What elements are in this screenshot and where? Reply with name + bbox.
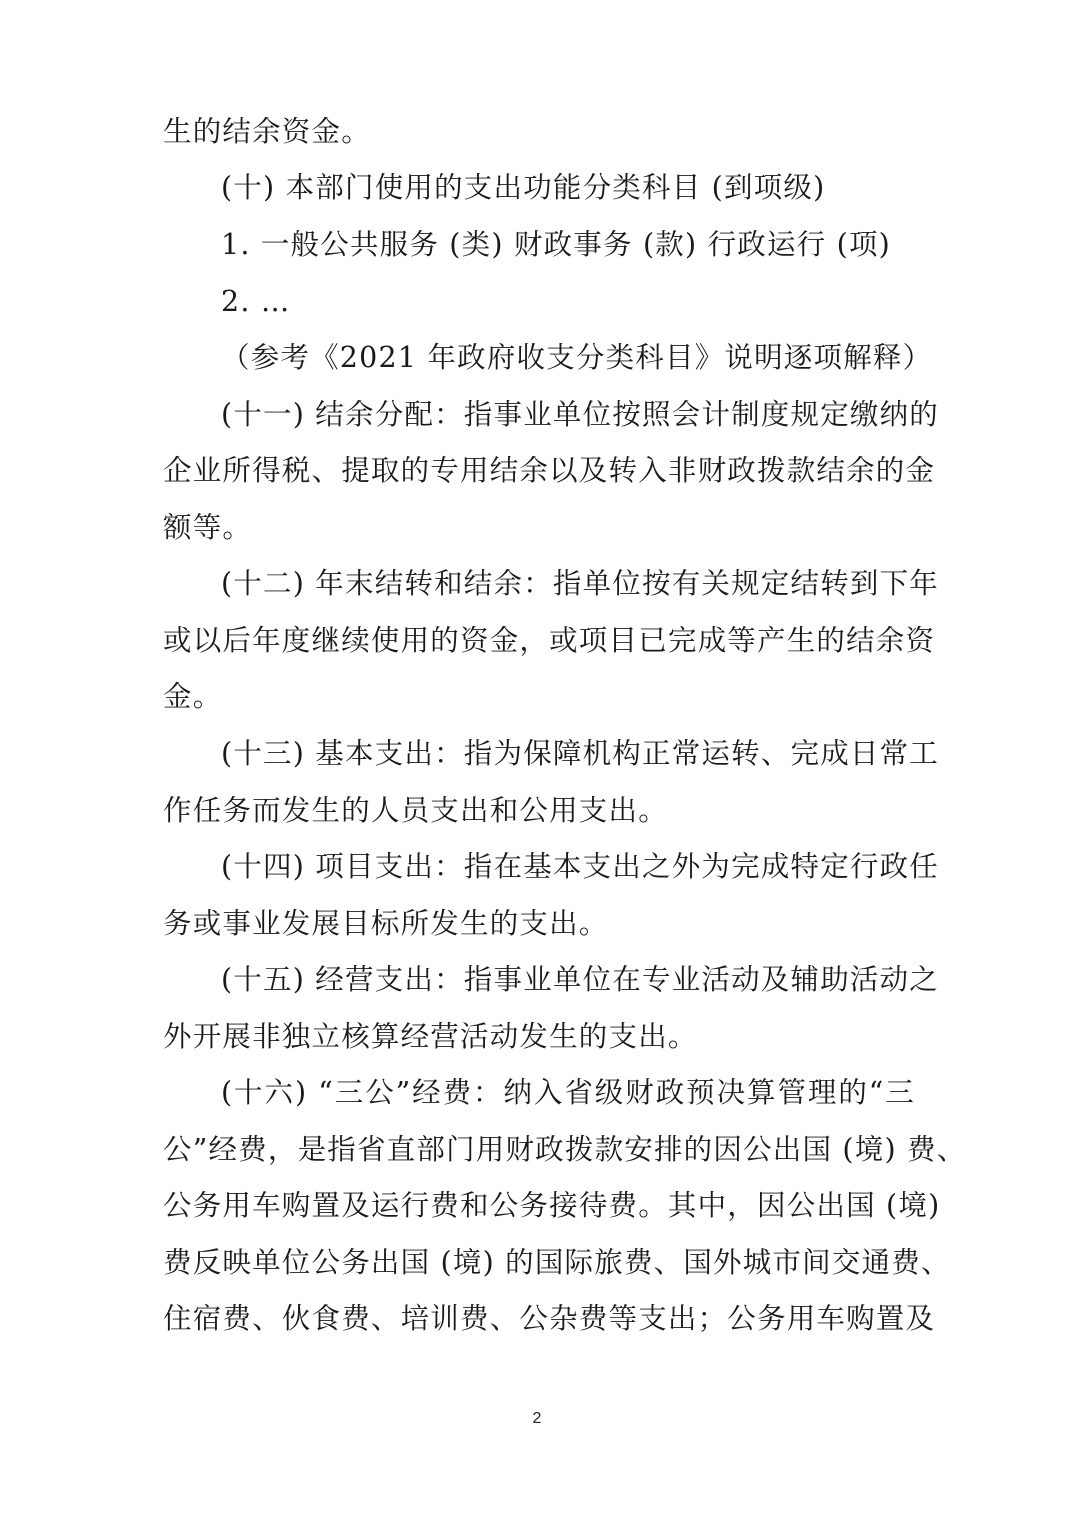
- text-line: 外开展非独立核算经营活动发生的支出。: [163, 1019, 915, 1055]
- page-number: 2: [0, 1410, 1074, 1428]
- text-line: 生的结余资金。: [163, 114, 915, 150]
- text-line: (十) 本部门使用的支出功能分类科目 (到项级): [221, 170, 973, 206]
- text-line: 费反映单位公务出国 (境) 的国际旅费、国外城市间交通费、: [163, 1245, 915, 1281]
- text-line: (十五) 经营支出：指事业单位在专业活动及辅助活动之: [221, 962, 915, 998]
- text-line: 公”经费，是指省直部门用财政拨款安排的因公出国 (境) 费、: [163, 1132, 915, 1168]
- text-line: 住宿费、伙食费、培训费、公杂费等支出；公务用车购置及: [163, 1301, 915, 1337]
- text-line: (十三) 基本支出：指为保障机构正常运转、完成日常工: [221, 736, 915, 772]
- text-line: 公务用车购置及运行费和公务接待费。其中，因公出国 (境): [163, 1188, 915, 1224]
- text-line: 作任务而发生的人员支出和公用支出。: [163, 793, 915, 829]
- text-line: 1. 一般公共服务 (类) 财政事务 (款) 行政运行 (项): [221, 227, 973, 263]
- text-line: (十一) 结余分配：指事业单位按照会计制度规定缴纳的: [221, 397, 915, 433]
- text-line: 或以后年度继续使用的资金，或项目已完成等产生的结余资: [163, 623, 915, 659]
- text-line: 企业所得税、提取的专用结余以及转入非财政拨款结余的金: [163, 453, 915, 489]
- text-line: (十四) 项目支出：指在基本支出之外为完成特定行政任: [221, 849, 915, 885]
- text-line: 金。: [163, 679, 915, 715]
- text-line: 额等。: [163, 510, 915, 546]
- text-line: (十六) “三公”经费：纳入省级财政预决算管理的“三: [221, 1075, 915, 1111]
- text-line: 务或事业发展目标所发生的支出。: [163, 906, 915, 942]
- text-line: 2. …: [221, 284, 973, 320]
- text-line: （参考《2021 年政府收支分类科目》说明逐项解释）: [221, 340, 973, 376]
- text-line: (十二) 年末结转和结余：指单位按有关规定结转到下年: [221, 566, 915, 602]
